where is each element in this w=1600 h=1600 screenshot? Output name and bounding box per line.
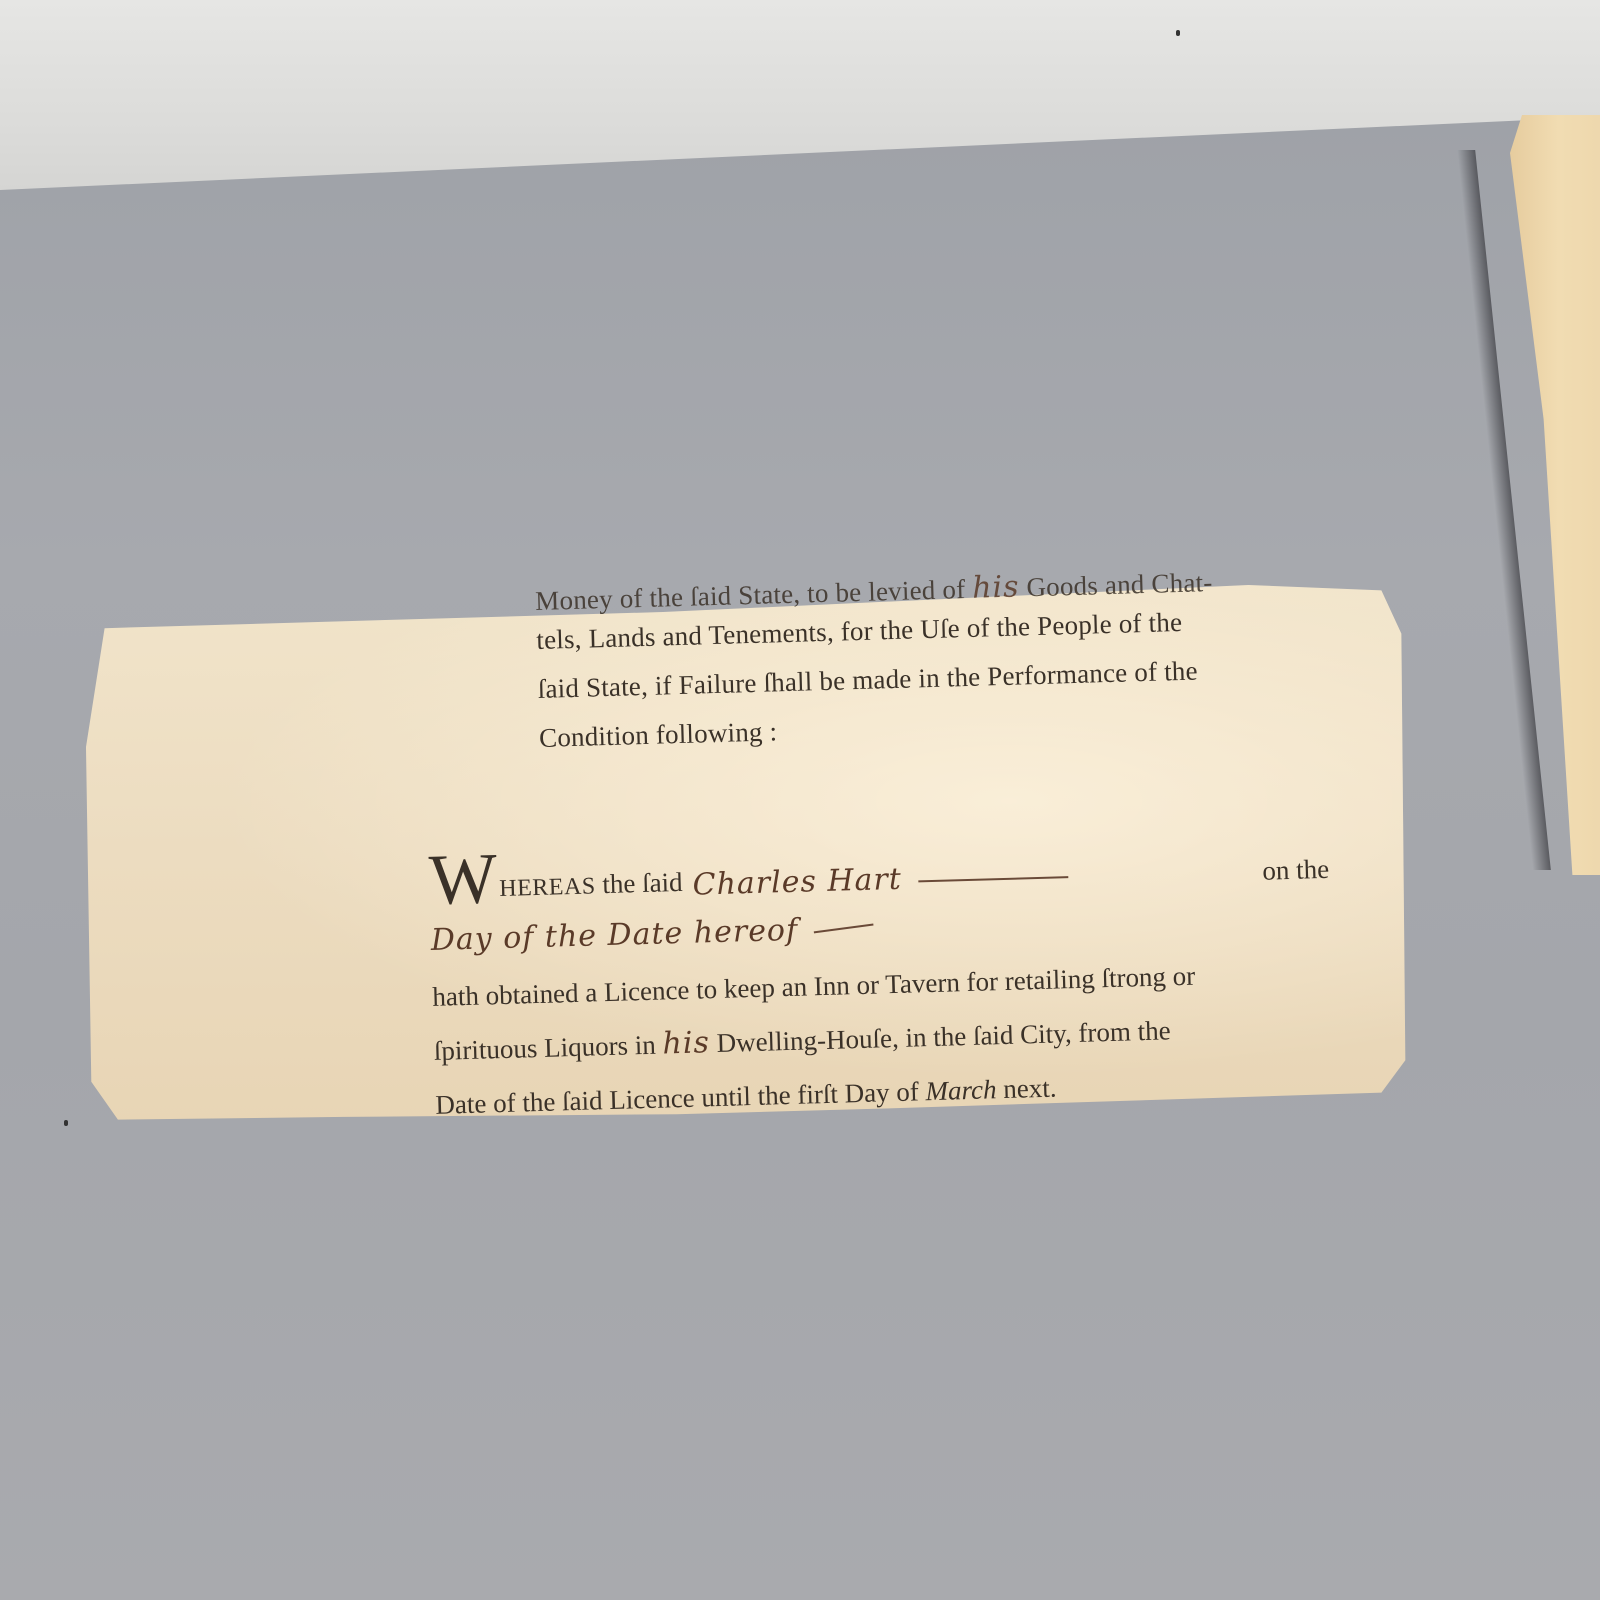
printed-text: Dwelling-Houſe, in the ſaid City, from t… xyxy=(716,1015,1171,1058)
handwritten-text: his xyxy=(662,1025,710,1061)
speck xyxy=(1176,30,1180,36)
handwritten-dash xyxy=(918,876,1068,882)
printed-text: next. xyxy=(1003,1073,1057,1104)
printed-text: on the xyxy=(1262,854,1330,887)
whereas-heading: WHEREAS the ſaid xyxy=(428,843,683,910)
speck xyxy=(64,1120,68,1126)
handwritten-dash xyxy=(814,923,874,933)
handwritten-text: his xyxy=(972,569,1020,605)
printed-text: the ſaid xyxy=(602,867,683,899)
dropcap: W xyxy=(428,838,498,920)
handwritten-name: Charles Hart xyxy=(692,862,902,903)
printed-text: ſpirituous Liquors in xyxy=(433,1030,656,1066)
handwritten-date: Day of the Date hereof xyxy=(430,912,798,957)
document-upper-text: Money of the ſaid State, to be levied of… xyxy=(535,568,1320,763)
printed-text: Goods and Chat- xyxy=(1026,567,1213,602)
italic-month: March xyxy=(925,1074,997,1106)
printed-text: Date of the ſaid Licence until the firſt… xyxy=(435,1076,919,1119)
smallcaps: HEREAS xyxy=(499,873,596,902)
document-whereas-clause: WHEREAS the ſaid Charles Hart on the Day… xyxy=(428,815,1336,1132)
